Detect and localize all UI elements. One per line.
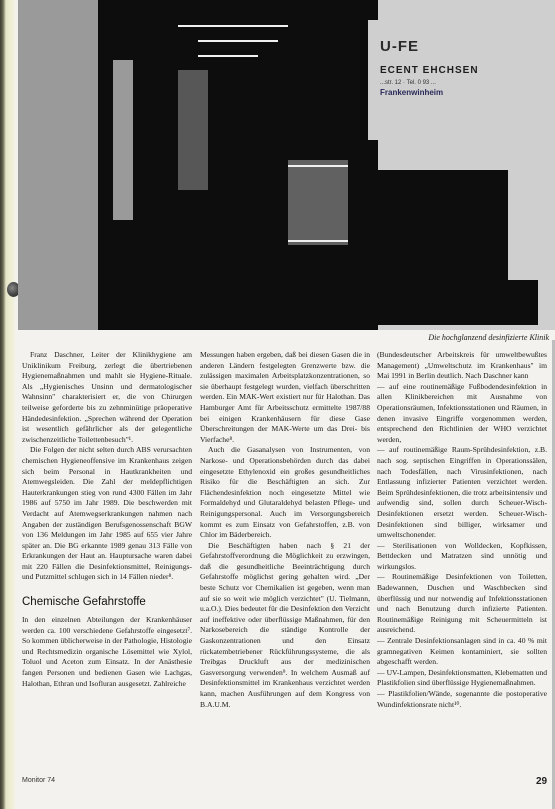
list-item: — Sterilisationen von Wolldecken, Kopfki… xyxy=(377,541,547,573)
publication-footer: Monitor 74 xyxy=(22,777,55,784)
column-1: Franz Daschner, Leiter der Klinikhygiene… xyxy=(22,350,192,689)
poster-brand: U-FE xyxy=(380,38,419,55)
poster-address: ...str. 12 · Tel. 0 93 ... xyxy=(380,80,436,86)
list-item: — UV-Lampen, Desinfektionsmatten, Klebem… xyxy=(377,668,547,689)
list-item: — Zentrale Desinfektionsanlagen sind in … xyxy=(377,636,547,668)
wall-poster: U-FE ECENT EHCHSEN ...str. 12 · Tel. 0 9… xyxy=(368,20,555,140)
poster-company: ECENT EHCHSEN xyxy=(380,65,479,76)
list-item: — Routinemäßige Desinfektionen von Toile… xyxy=(377,572,547,636)
photo-caption: Die hochglanzend desinfizierte Klinik xyxy=(428,333,549,342)
paragraph: In den einzelnen Abteilungen der Kranken… xyxy=(22,615,192,689)
hospital-corridor-photo: U-FE ECENT EHCHSEN ...str. 12 · Tel. 0 9… xyxy=(18,0,555,330)
list-item: — auf eine routinemäßige Fußbodendesinfe… xyxy=(377,382,547,446)
paragraph: Messungen haben ergeben, daß bei diesen … xyxy=(200,350,370,445)
column-2: Messungen haben ergeben, daß bei diesen … xyxy=(200,350,370,710)
section-heading: Chemische Gefahrstoffe xyxy=(22,595,192,609)
paragraph: Franz Daschner, Leiter der Klinikhygiene… xyxy=(22,350,192,445)
paragraph: Die Folgen der nicht selten durch ABS ve… xyxy=(22,445,192,583)
poster-city: Frankenwinheim xyxy=(380,88,443,97)
page-binding-edge xyxy=(0,0,16,809)
list-item: — Plastikfolien/Wände, sogenannte die po… xyxy=(377,689,547,710)
paragraph: (Bundesdeutscher Arbeitskreis für umwelt… xyxy=(377,350,547,382)
page-number: 29 xyxy=(536,776,547,787)
list-item: — auf routinemäßige Raum-Sprühdesinfekti… xyxy=(377,445,547,540)
paragraph: Auch die Gasanalysen von Instrumenten, v… xyxy=(200,445,370,540)
paragraph: Die Beschäftigten haben nach § 21 der Ge… xyxy=(200,541,370,711)
column-3: (Bundesdeutscher Arbeitskreis für umwelt… xyxy=(377,350,547,710)
